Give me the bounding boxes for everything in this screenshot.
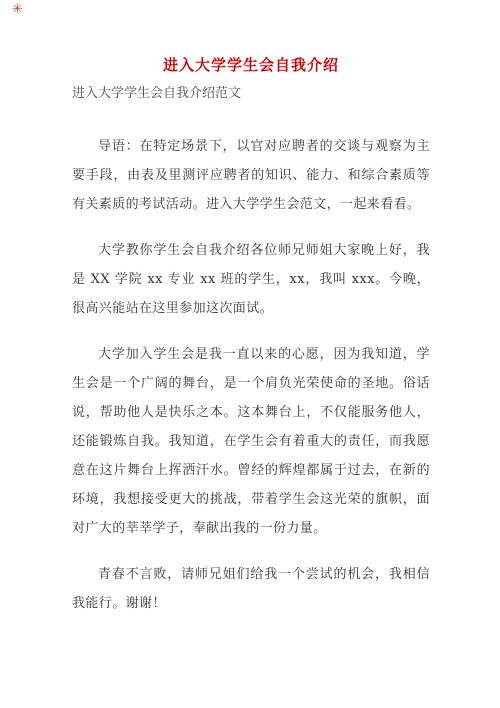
document-subtitle: 进入大学学生会自我介绍范文 [72,86,430,102]
paragraphs: 导语：在特定场景下，以官对应聘者的交谈与观察为主要手段，由表及里测评应聘者的知识… [72,132,430,618]
document-content: 进入大学学生会自我介绍 进入大学学生会自我介绍范文 导语：在特定场景下，以官对应… [0,0,500,618]
paragraph: 大学教你学生会自我介绍各位师兄师姐大家晚上好，我是 XX 学院 xx 专业 xx… [72,236,430,323]
site-stamp-icon: ✳ [12,3,23,17]
paragraph: 青春不言败，请师兄姐们给我一个尝试的机会，我相信我能行。谢谢！ [72,560,430,618]
paragraph: 导语：在特定场景下，以官对应聘者的交谈与观察为主要手段，由表及里测评应聘者的知识… [72,132,430,219]
paragraph: 大学加入学生会是我一直以来的心愿，因为我知道，学生会是一个广阔的舞台，是一个肩负… [72,340,430,543]
document-page: ✳ 进入大学学生会自我介绍 进入大学学生会自我介绍范文 导语：在特定场景下，以官… [0,0,500,708]
document-title: 进入大学学生会自我介绍 [72,56,430,75]
